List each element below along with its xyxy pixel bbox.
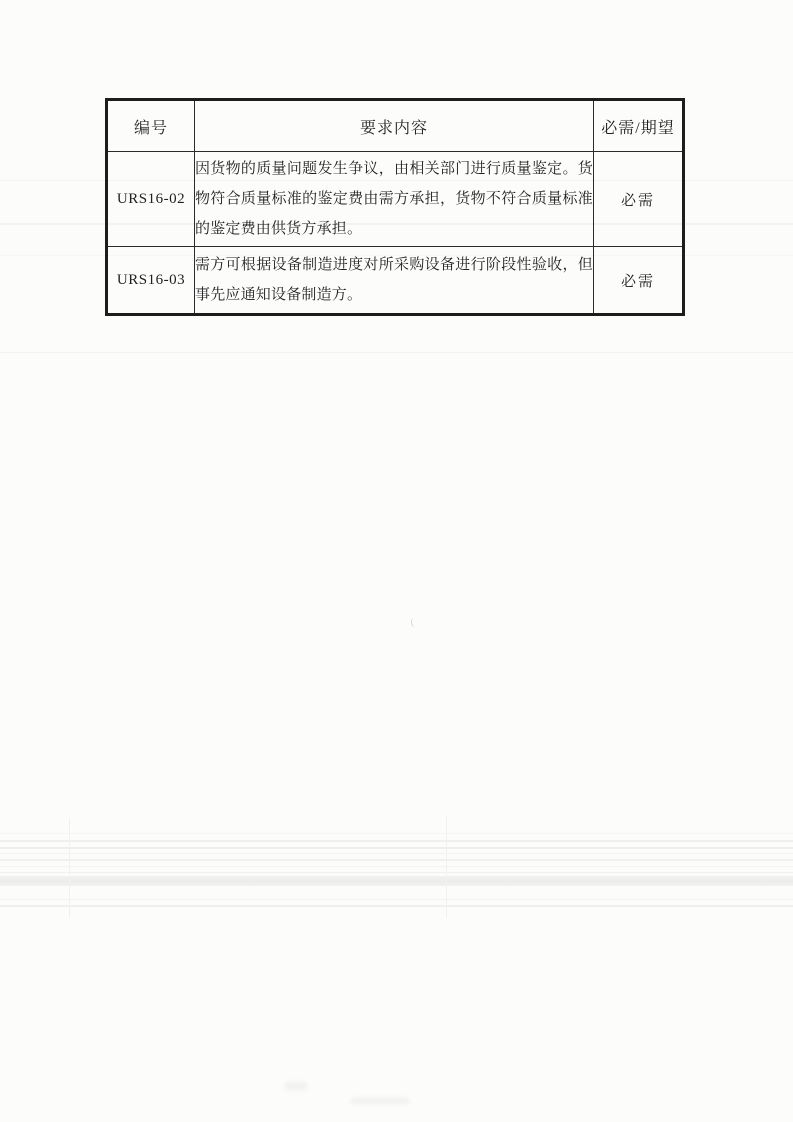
scan-artifact-band — [0, 876, 793, 886]
row-content-cell: 需方可根据设备制造进度对所采购设备进行阶段性验收，但事先应通知设备制造方。 — [195, 247, 594, 315]
scan-artifact-line — [0, 866, 793, 867]
table-row: URS16-02 因货物的质量问题发生争议，由相关部门进行质量鉴定。货物符合质量… — [107, 152, 684, 247]
scan-artifact-line — [0, 872, 793, 873]
row-id-cell: URS16-03 — [107, 247, 195, 315]
scan-artifact-line — [0, 847, 793, 849]
scanned-document-page: 编号 要求内容 必需/期望 URS16-02 因货物的质量问题发生争议，由相关部… — [0, 0, 793, 1122]
row-id-cell: URS16-02 — [107, 152, 195, 247]
scan-artifact-line — [0, 352, 793, 353]
table-header-row: 编号 要求内容 必需/期望 — [107, 100, 684, 152]
scan-artifact-line — [0, 833, 793, 834]
scan-artifact-line — [0, 905, 793, 907]
header-necessity: 必需/期望 — [594, 100, 684, 152]
scan-artifact-line — [0, 853, 793, 854]
table-row: URS16-03 需方可根据设备制造进度对所采购设备进行阶段性验收，但事先应通知… — [107, 247, 684, 315]
scan-smudge — [285, 1082, 307, 1090]
scan-artifact-fold — [69, 818, 70, 918]
header-content: 要求内容 — [195, 100, 594, 152]
header-id: 编号 — [107, 100, 195, 152]
row-necessity-cell: 必需 — [594, 152, 684, 247]
scan-smudge — [350, 1098, 410, 1104]
scan-speck — [410, 617, 418, 627]
requirements-table: 编号 要求内容 必需/期望 URS16-02 因货物的质量问题发生争议，由相关部… — [105, 98, 685, 316]
scan-artifact-line — [0, 840, 793, 842]
scan-artifact-line — [0, 859, 793, 861]
row-necessity-cell: 必需 — [594, 247, 684, 315]
row-content-cell: 因货物的质量问题发生争议，由相关部门进行质量鉴定。货物符合质量标准的鉴定费由需方… — [195, 152, 594, 247]
scan-artifact-fold — [446, 815, 447, 918]
scan-artifact-line — [0, 899, 793, 900]
